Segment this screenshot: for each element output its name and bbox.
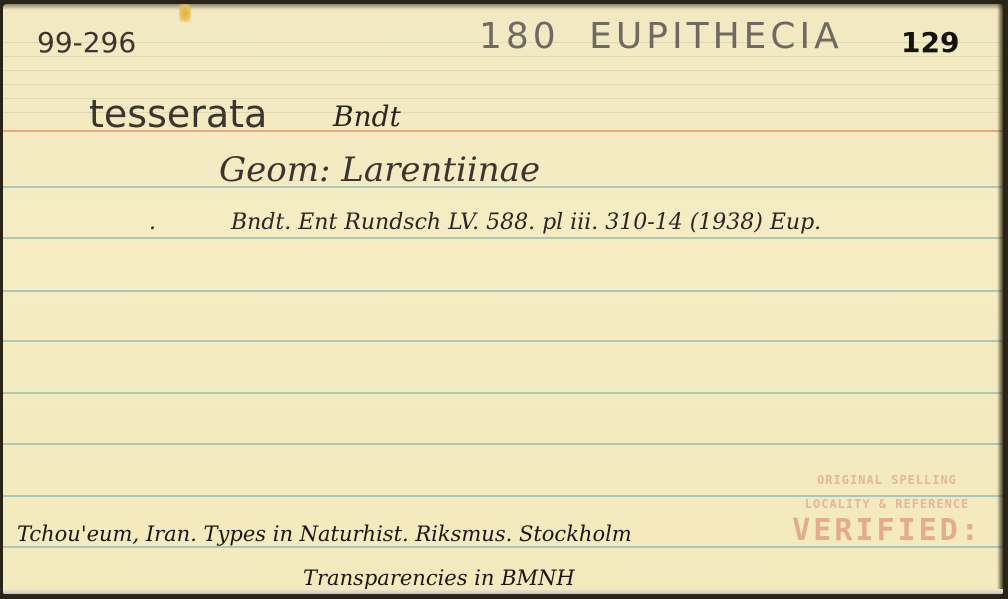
genus-name: EUPITHECIA	[589, 16, 843, 57]
page-number: 180	[479, 16, 560, 57]
stamp-line-2: LOCALITY & REFERENCE	[789, 498, 985, 510]
verification-stamp: ORIGINAL SPELLING LOCALITY & REFERENCE V…	[789, 474, 985, 546]
faint-rule	[3, 84, 1003, 85]
header-line: 180 EUPITHECIA	[479, 16, 843, 57]
faint-rule	[3, 70, 1003, 71]
ruled-line	[3, 392, 1003, 394]
ruled-line	[3, 443, 1003, 445]
reference-citation: Bndt. Ent Rundsch LV. 588. pl iii. 310-1…	[231, 210, 821, 235]
card-top-shadow	[3, 4, 1003, 10]
classification: Geom: Larentiinae	[219, 150, 540, 190]
tape-mark	[179, 4, 191, 22]
stamp-line-1: ORIGINAL SPELLING	[789, 474, 985, 486]
ruled-line	[3, 340, 1003, 342]
index-card: 99-296 180 EUPITHECIA 129 tesserata Bndt…	[3, 4, 1003, 594]
reference-marker: .	[149, 210, 156, 235]
card-bottom-edge	[3, 589, 1003, 594]
ruled-line	[3, 237, 1003, 239]
species-name: tesserata	[89, 92, 267, 136]
species-author: Bndt	[333, 100, 401, 133]
type-locality-line-2: Transparencies in BMNH	[303, 566, 575, 590]
stamp-line-3: VERIFIED:	[789, 516, 985, 546]
ruled-line	[3, 290, 1003, 292]
register-number: 99-296	[37, 26, 136, 59]
card-right-edge	[997, 4, 1003, 594]
genus-number: 129	[901, 26, 959, 59]
type-locality-line-1: Tchou'eum, Iran. Types in Naturhist. Rik…	[17, 522, 632, 546]
